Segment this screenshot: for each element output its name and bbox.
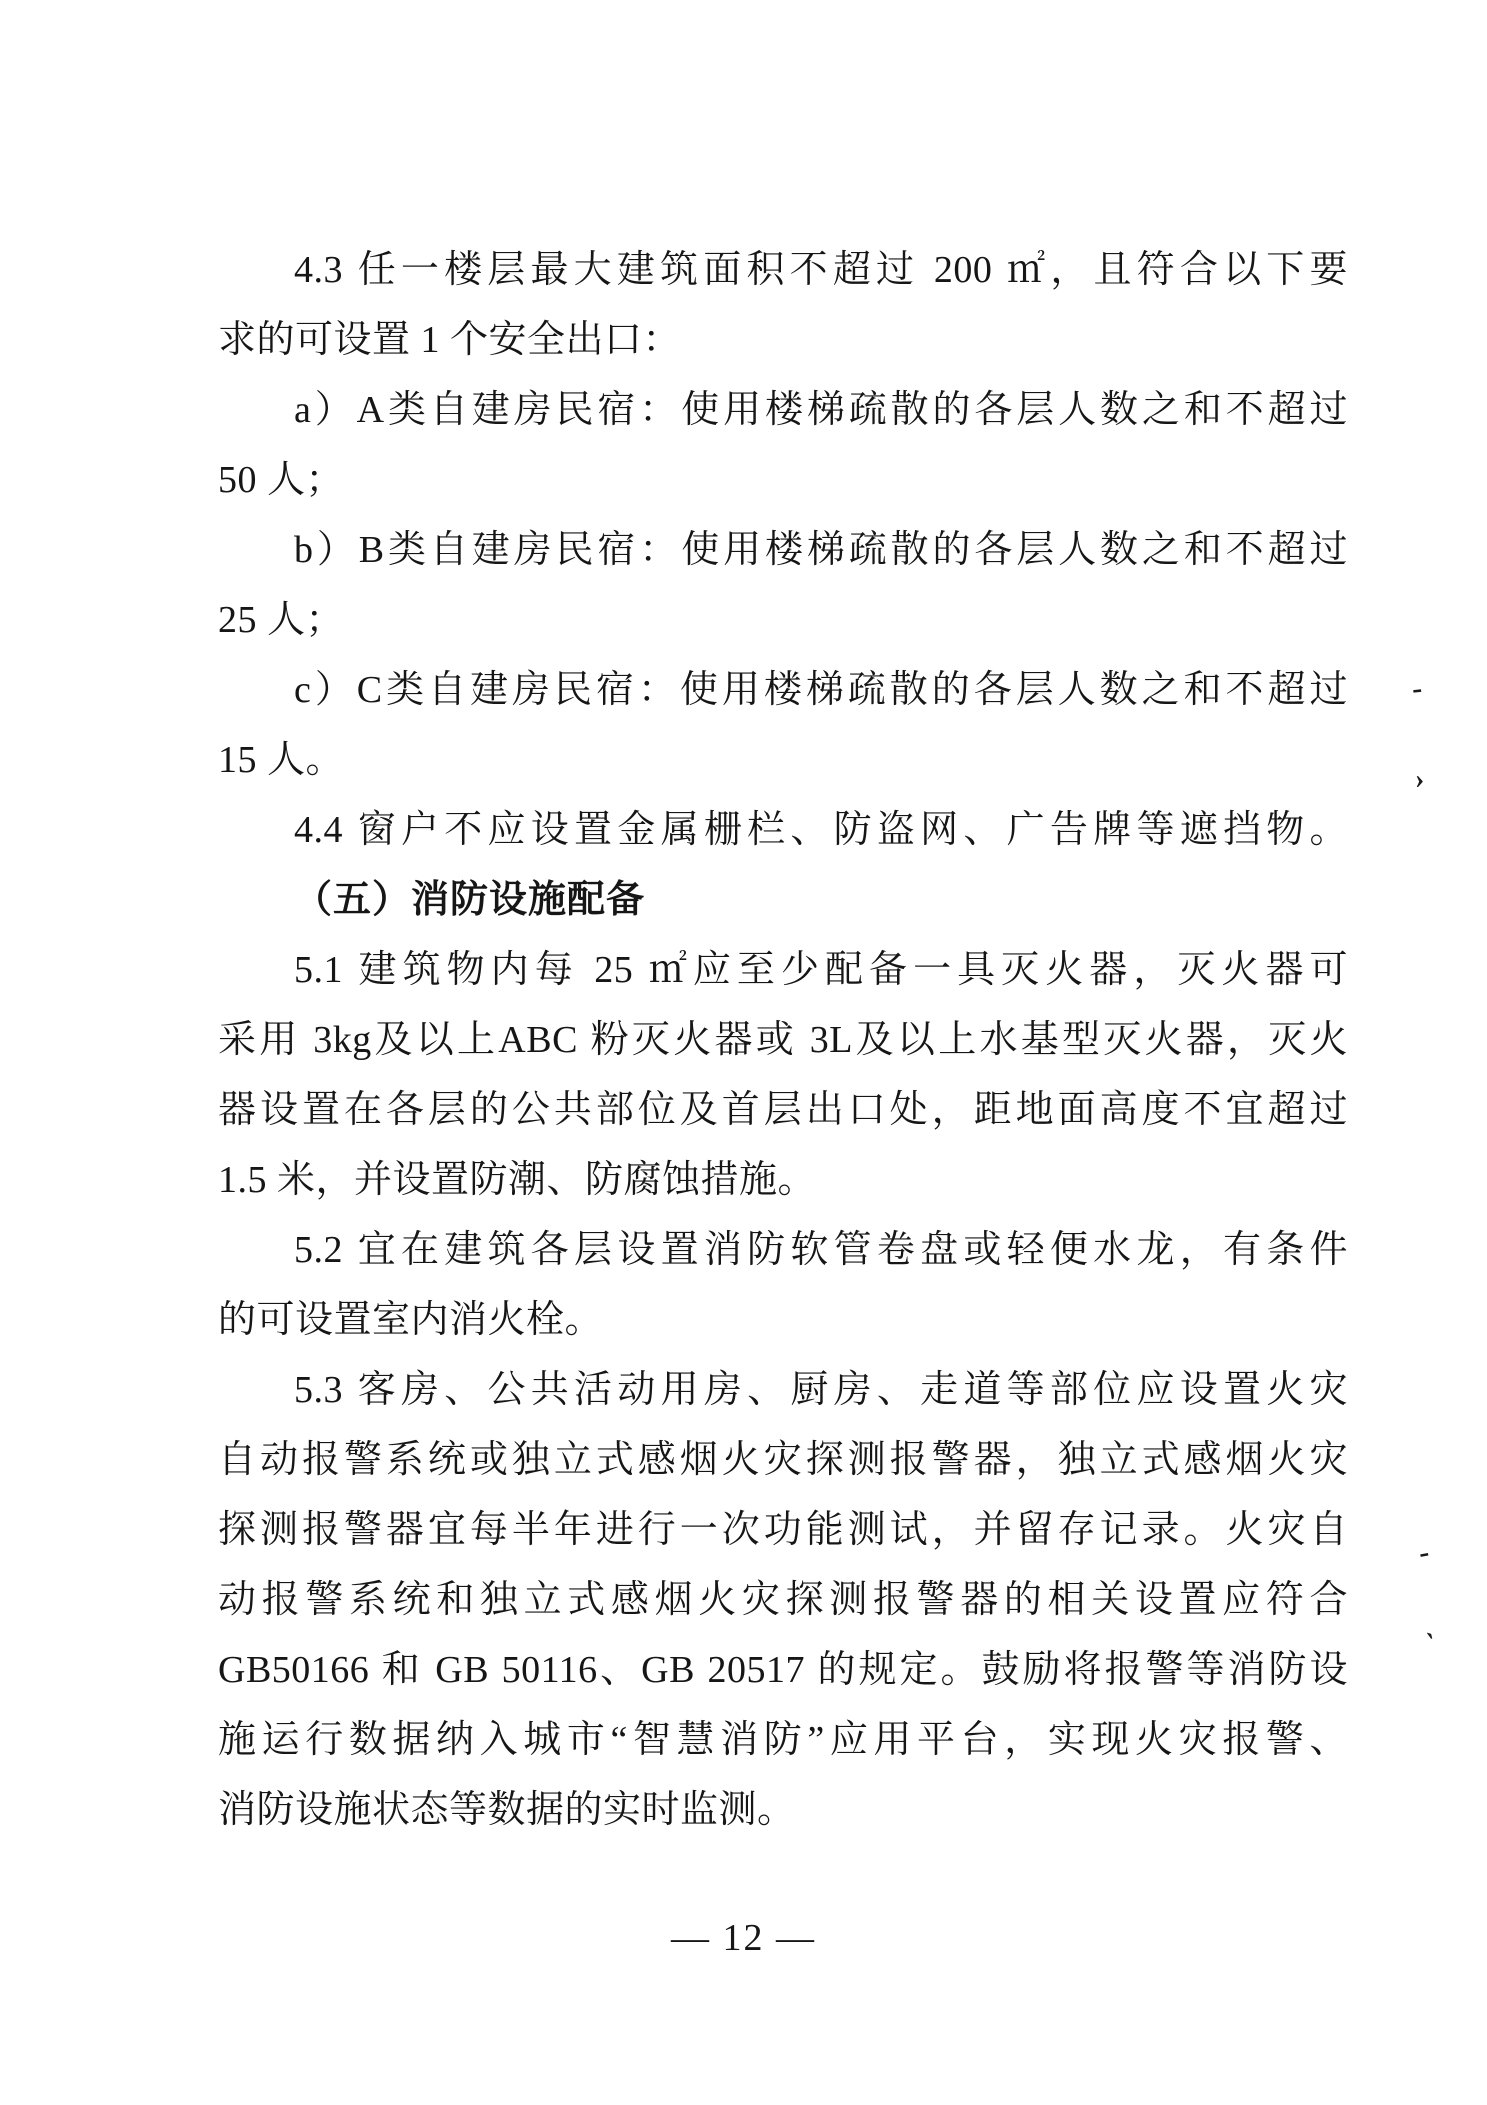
clause-5-1-line-4: 1.5 米，并设置防潮、防腐蚀措施。 — [218, 1145, 1348, 1215]
scan-artifact-tick-icon: ` — [1418, 1629, 1437, 1661]
item-b-line-2: 25 人； — [218, 585, 1348, 655]
clause-5-1-line-3: 器设置在各层的公共部位及首层出口处，距地面高度不宜超过 — [218, 1075, 1348, 1145]
clause-5-3-line-3: 探测报警器宜每半年进行一次功能测试，并留存记录。火灾自 — [218, 1495, 1348, 1565]
item-c-line-1: c）C类自建房民宿：使用楼梯疏散的各层人数之和不超过 — [218, 655, 1348, 725]
clause-5-3-line-1: 5.3 客房、公共活动用房、厨房、走道等部位应设置火灾 — [218, 1355, 1348, 1425]
section-5-heading: （五）消防设施配备 — [218, 865, 1348, 935]
clause-5-2-line-2: 的可设置室内消火栓。 — [218, 1285, 1348, 1355]
scan-artifact-dash-icon: - — [1416, 1537, 1431, 1568]
item-a-line-1: a）A类自建房民宿：使用楼梯疏散的各层人数之和不超过 — [218, 375, 1348, 445]
clause-5-3-line-6: 施运行数据纳入城市“智慧消防”应用平台，实现火灾报警、 — [218, 1705, 1348, 1775]
clause-4-3-line-2: 求的可设置 1 个安全出口： — [218, 305, 1348, 375]
clause-5-3-line-7: 消防设施状态等数据的实时监测。 — [218, 1775, 1348, 1845]
page-number: — 12 — — [0, 1903, 1487, 1973]
clause-5-3-line-4: 动报警系统和独立式感烟火灾探测报警器的相关设置应符合 — [218, 1565, 1348, 1635]
clause-5-1-line-1: 5.1 建筑物内每 25 ㎡应至少配备一具灭火器，灭火器可 — [218, 935, 1348, 1005]
clause-4-3-line-1: 4.3 任一楼层最大建筑面积不超过 200 ㎡，且符合以下要 — [218, 235, 1348, 305]
scan-artifact-dash-icon: - — [1410, 674, 1423, 705]
document-page: 4.3 任一楼层最大建筑面积不超过 200 ㎡，且符合以下要 求的可设置 1 个… — [0, 0, 1487, 2105]
clause-5-1-line-2: 采用 3kg及以上ABC 粉灭火器或 3L及以上水基型灭火器，灭火 — [218, 1005, 1348, 1075]
document-body: 4.3 任一楼层最大建筑面积不超过 200 ㎡，且符合以下要 求的可设置 1 个… — [218, 235, 1348, 1845]
scan-artifact-arrow-icon: › — [1415, 766, 1424, 794]
clause-5-2-line-1: 5.2 宜在建筑各层设置消防软管卷盘或轻便水龙，有条件 — [218, 1215, 1348, 1285]
item-b-line-1: b）B类自建房民宿：使用楼梯疏散的各层人数之和不超过 — [218, 515, 1348, 585]
item-c-line-2: 15 人。 — [218, 725, 1348, 795]
item-a-line-2: 50 人； — [218, 445, 1348, 515]
clause-5-3-line-5: GB50166 和 GB 50116、GB 20517 的规定。鼓励将报警等消防… — [218, 1635, 1348, 1705]
clause-4-4: 4.4 窗户不应设置金属栅栏、防盗网、广告牌等遮挡物。 — [218, 795, 1348, 865]
clause-5-3-line-2: 自动报警系统或独立式感烟火灾探测报警器，独立式感烟火灾 — [218, 1425, 1348, 1495]
